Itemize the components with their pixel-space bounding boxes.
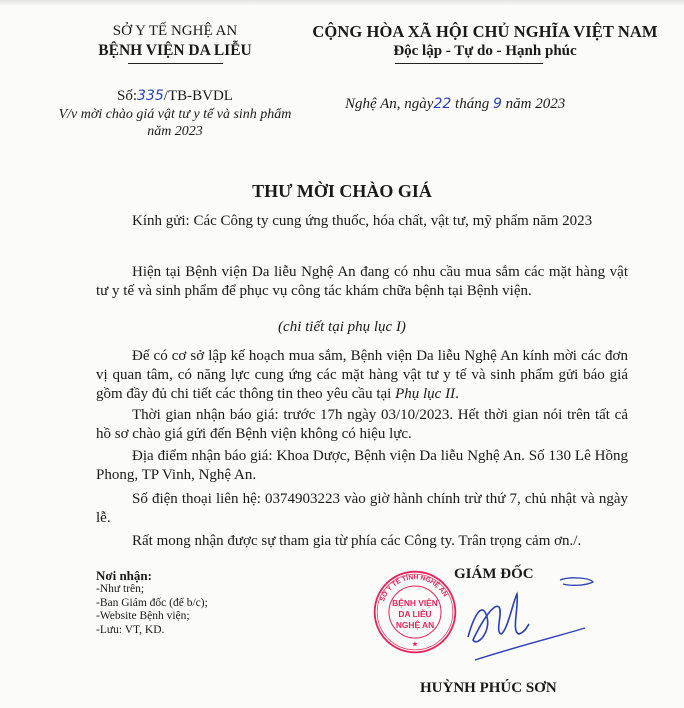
doc-number-prefix: Số: [117, 88, 137, 104]
date-month-handwritten: 9 [493, 96, 502, 112]
invitation-paragraph: Để có cơ sở lập kế hoạch mua sắm, Bệnh v… [96, 347, 628, 404]
date-place: Nghệ An, ngày [345, 96, 433, 112]
nation-title: CỘNG HÒA XÃ HỘI CHỦ NGHĨA VIỆT NAM [290, 22, 680, 42]
invitation-end: . [455, 386, 459, 402]
national-header: CỘNG HÒA XÃ HỘI CHỦ NGHĨA VIỆT NAM Độc l… [290, 22, 680, 64]
recipients-title: Nơi nhận: [96, 568, 208, 583]
appendix-note: (chi tiết tại phụ lục I) [0, 318, 684, 337]
signer-name: HUỲNH PHÚC SƠN [420, 680, 557, 697]
organization-name: BỆNH VIỆN DA LIỄU [60, 41, 290, 61]
date-year: năm 2023 [506, 96, 566, 112]
recipients-block: Nơi nhận: -Như trên; -Ban Giám đốc (để b… [96, 568, 208, 637]
date-day-handwritten: 22 [433, 96, 451, 112]
need-paragraph: Hiện tại Bệnh viện Da liễu Nghệ An đang … [96, 263, 628, 301]
deadline-paragraph: Thời gian nhận báo giá: trước 17h ngày 0… [96, 406, 628, 444]
svg-text:DA LIỄU: DA LIỄU [398, 608, 431, 619]
stamp-star-icon: ★ [412, 639, 419, 648]
doc-number-suffix: /TB-BVDL [164, 88, 233, 104]
recipient-item: -Website Bệnh viện; [96, 610, 208, 624]
recipient-item: -Như trên; [96, 583, 208, 597]
motto-underline [395, 63, 543, 64]
issuing-organization: SỞ Y TẾ NGHỆ AN BỆNH VIỆN DA LIỄU [60, 22, 290, 64]
recipient-item: -Ban Giám đốc (để b/c); [96, 597, 208, 611]
salutation-paragraph: Kính gửi: Các Công ty cung ứng thuốc, hó… [96, 212, 628, 231]
header-underline [128, 63, 223, 64]
parent-organization: SỞ Y TẾ NGHỆ AN [60, 22, 290, 41]
document-subject: V/v mời chào giá vật tư y tế và sinh phẩ… [55, 106, 295, 140]
closing-paragraph: Rất mong nhận được sự tham gia từ phía c… [96, 532, 628, 551]
dateline: Nghệ An, ngày22 tháng 9 năm 2023 [345, 96, 565, 113]
doc-number-handwritten: 335 [137, 88, 164, 104]
appendix-reference: Phụ lục II [395, 386, 455, 402]
invitation-text: Để có cơ sở lập kế hoạch mua sắm, Bệnh v… [96, 348, 628, 402]
page-edge-shadow [0, 0, 684, 6]
recipient-item: -Lưu: VT, KD. [96, 624, 208, 638]
svg-text:BỆNH VIỆN: BỆNH VIỆN [392, 597, 438, 608]
location-paragraph: Địa điểm nhận báo giá: Khoa Dược, Bệnh v… [96, 447, 628, 485]
official-stamp: SỞ Y TẾ TỈNH NGHỆ AN BỆNH VIỆN DA LIỄU N… [373, 570, 457, 654]
date-month-label: tháng [455, 96, 489, 112]
document-title: THƯ MỜI CHÀO GIÁ [0, 181, 684, 202]
svg-text:NGHỆ AN: NGHỆ AN [396, 619, 434, 630]
handwritten-signature [465, 572, 595, 672]
national-motto: Độc lập - Tự do - Hạnh phúc [290, 42, 680, 61]
contact-paragraph: Số điện thoại liên hệ: 0374903223 vào gi… [96, 490, 628, 528]
document-number: Số:335/TB-BVDL [60, 87, 290, 105]
